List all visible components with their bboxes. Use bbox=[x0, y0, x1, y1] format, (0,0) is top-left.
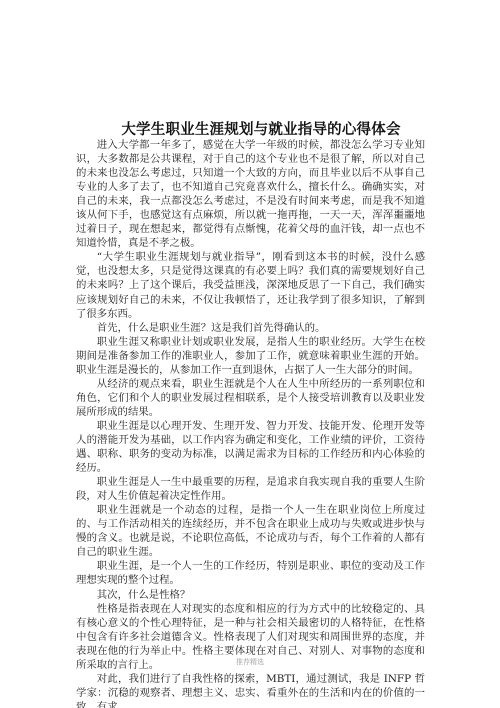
paragraph-intro: 进入大学都一年多了，感觉在大学一年级的时候，都没怎么学习专业知识，大多数都是公共… bbox=[76, 138, 425, 250]
paragraph-economic-view: 从经济的观点来看，职业生涯就是个人在人生中所经历的一系列职位和角色，它们和个人的… bbox=[76, 377, 425, 419]
document-body: 进入大学都一年多了，感觉在大学一年级的时候，都没怎么学习专业知识，大多数都是公共… bbox=[76, 138, 425, 708]
paragraph-career-definition: 职业生涯又称职业计划或职业发展，是指人生的职业经历。大学生在校期间是准备参加工作… bbox=[76, 335, 425, 377]
paragraph-importance: 职业生涯是人一生中最重要的历程，是追求自我实现自我的重要人生阶段，对人生价值起着… bbox=[76, 475, 425, 503]
document-title: 大学生职业生涯规划与就业指导的心得体会 bbox=[0, 118, 500, 139]
paragraph-second-question: 其次，什么是性格？ bbox=[76, 588, 425, 602]
paragraph-dynamic-process: 职业生涯就是一个动态的过程，是指一个人一生在职业岗位上所度过的、与工作活动相关的… bbox=[76, 503, 425, 559]
page-footer: 推荐精选 bbox=[0, 657, 500, 667]
document-page: 大学生职业生涯规划与就业指导的心得体会 进入大学都一年多了，感觉在大学一年级的时… bbox=[0, 0, 500, 708]
paragraph-course-reflection: “大学生职业生涯规划与就业指导”，刚看到这本书的时候，没什么感觉，也没想太多，只… bbox=[76, 250, 425, 320]
paragraph-mbti: 对此，我们进行了自我性格的探索，MBTI，通过测试，我是 INFP 哲学家：沉稳… bbox=[76, 672, 425, 708]
paragraph-work-experience: 职业生涯，是一个人一生的工作经历，特别是职业、职位的变动及工作理想实现的整个过程… bbox=[76, 559, 425, 587]
paragraph-first-question: 首先，什么是职业生涯？这是我们首先得确认的。 bbox=[76, 321, 425, 335]
paragraph-development-basis: 职业生涯是以心理开发、生理开发、智力开发、技能开发、伦理开发等人的潜能开发为基础… bbox=[76, 419, 425, 475]
